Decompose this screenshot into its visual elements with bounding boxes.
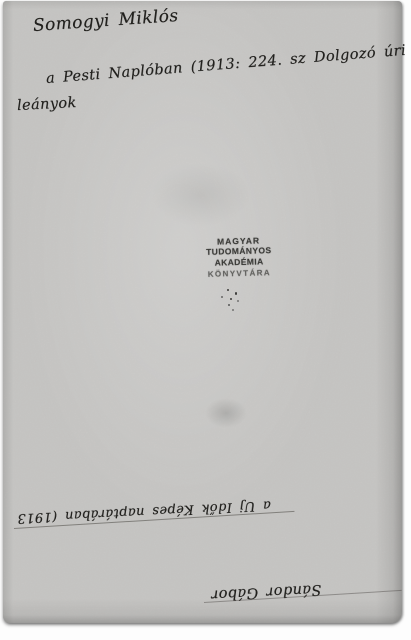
faint-ink-smudge-2 (205, 398, 247, 428)
library-stamp: MAGYAR TUDOMÁNYOS AKADÉMIA KÖNYVTÁRA (180, 234, 297, 280)
faint-ink-smudge (151, 163, 251, 227)
scanned-page-paper: Somogyi Miklós a Pesti Naplóban (1913: 2… (3, 1, 402, 623)
handwritten-reference-line-2: leányok (17, 95, 77, 114)
paper-edge-shading (3, 1, 402, 623)
document-scan: Somogyi Miklós a Pesti Naplóban (1913: 2… (0, 0, 411, 640)
handwritten-reference-line: a Pesti Naplóban (1913: 224. sz Dolgozó … (45, 43, 406, 87)
paper-texture (3, 1, 402, 623)
stamp-line-3: KÖNYVTÁRA (181, 266, 297, 280)
stamp-line-2: TUDOMÁNYOS AKADÉMIA (181, 244, 298, 269)
handwritten-name-line: Somogyi Miklós (32, 6, 179, 36)
crossed-out-note-upside-down: a Uj Idők Képes naptárában (1913 (17, 497, 272, 525)
